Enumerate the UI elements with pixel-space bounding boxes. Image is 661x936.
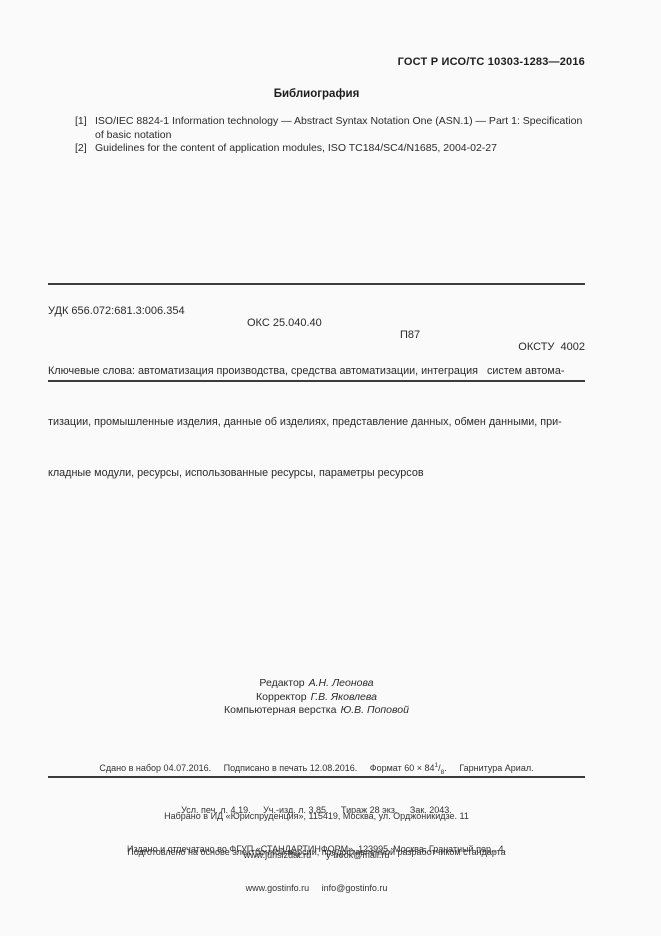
document-page: ГОСТ Р ИСО/ТС 10303-1283—2016 Библиограф…	[0, 0, 661, 936]
bibliography-item-number: [2]	[75, 142, 95, 156]
printer-contacts: www.gostinfo.ru info@gostinfo.ru	[48, 882, 585, 895]
document-code: ГОСТ Р ИСО/ТС 10303-1283—2016	[48, 56, 585, 68]
staff-name: Ю.В. Поповой	[340, 704, 409, 716]
staff-role: Редактор	[259, 677, 304, 689]
divider-line-bottom	[48, 776, 585, 778]
bibliography-list: [1] ISO/IEC 8824-1 Information technolog…	[75, 115, 587, 156]
imprint-format-before: Сдано в набор 04.07.2016. Подписано в пе…	[99, 763, 434, 773]
keywords-line: тизации, промышленные изделия, данные об…	[48, 414, 585, 431]
staff-role: Компьютерная верстка	[224, 704, 336, 716]
udk-code: УДК 656.072:681.3:006.354	[48, 305, 185, 317]
bibliography-item: [2] Guidelines for the content of applic…	[75, 142, 587, 156]
printer-block: Издано и отпечатано во ФГУП «СТАНДАРТИНФ…	[48, 817, 585, 921]
keywords-line: Ключевые слова: автоматизация производст…	[48, 363, 585, 380]
keywords-paragraph: Ключевые слова: автоматизация производст…	[48, 329, 585, 516]
staff-entry: КорректорГ.В. Яковлева	[48, 691, 585, 705]
printer-address: Издано и отпечатано во ФГУП «СТАНДАРТИНФ…	[48, 843, 585, 856]
divider-line-keywords	[48, 380, 585, 382]
bibliography-item-text: ISO/IEC 8824-1 Information technology — …	[95, 115, 587, 142]
staff-credits: РедакторА.Н. Леонова КорректорГ.В. Яковл…	[48, 677, 585, 718]
oks-code: ОКС 25.040.40	[247, 317, 322, 329]
staff-entry: РедакторА.Н. Леонова	[48, 677, 585, 691]
bibliography-item-number: [1]	[75, 115, 95, 129]
staff-role: Корректор	[256, 691, 307, 703]
staff-name: А.Н. Леонова	[309, 677, 374, 689]
staff-name: Г.В. Яковлева	[311, 691, 377, 703]
staff-entry: Компьютерная версткаЮ.В. Поповой	[48, 704, 585, 718]
bibliography-item: [1] ISO/IEC 8824-1 Information technolog…	[75, 115, 587, 142]
bibliography-item-text: Guidelines for the content of applicatio…	[95, 142, 587, 156]
imprint-line-format: Сдано в набор 04.07.2016. Подписано в пе…	[48, 761, 585, 775]
imprint-format-after: . Гарнитура Ариал.	[444, 763, 533, 773]
section-title: Библиография	[48, 88, 585, 100]
classification-row: УДК 656.072:681.3:006.354 ОКС 25.040.40 …	[48, 293, 585, 307]
divider-line-top	[48, 283, 585, 285]
keywords-line: кладные модули, ресурсы, использованные …	[48, 465, 585, 482]
